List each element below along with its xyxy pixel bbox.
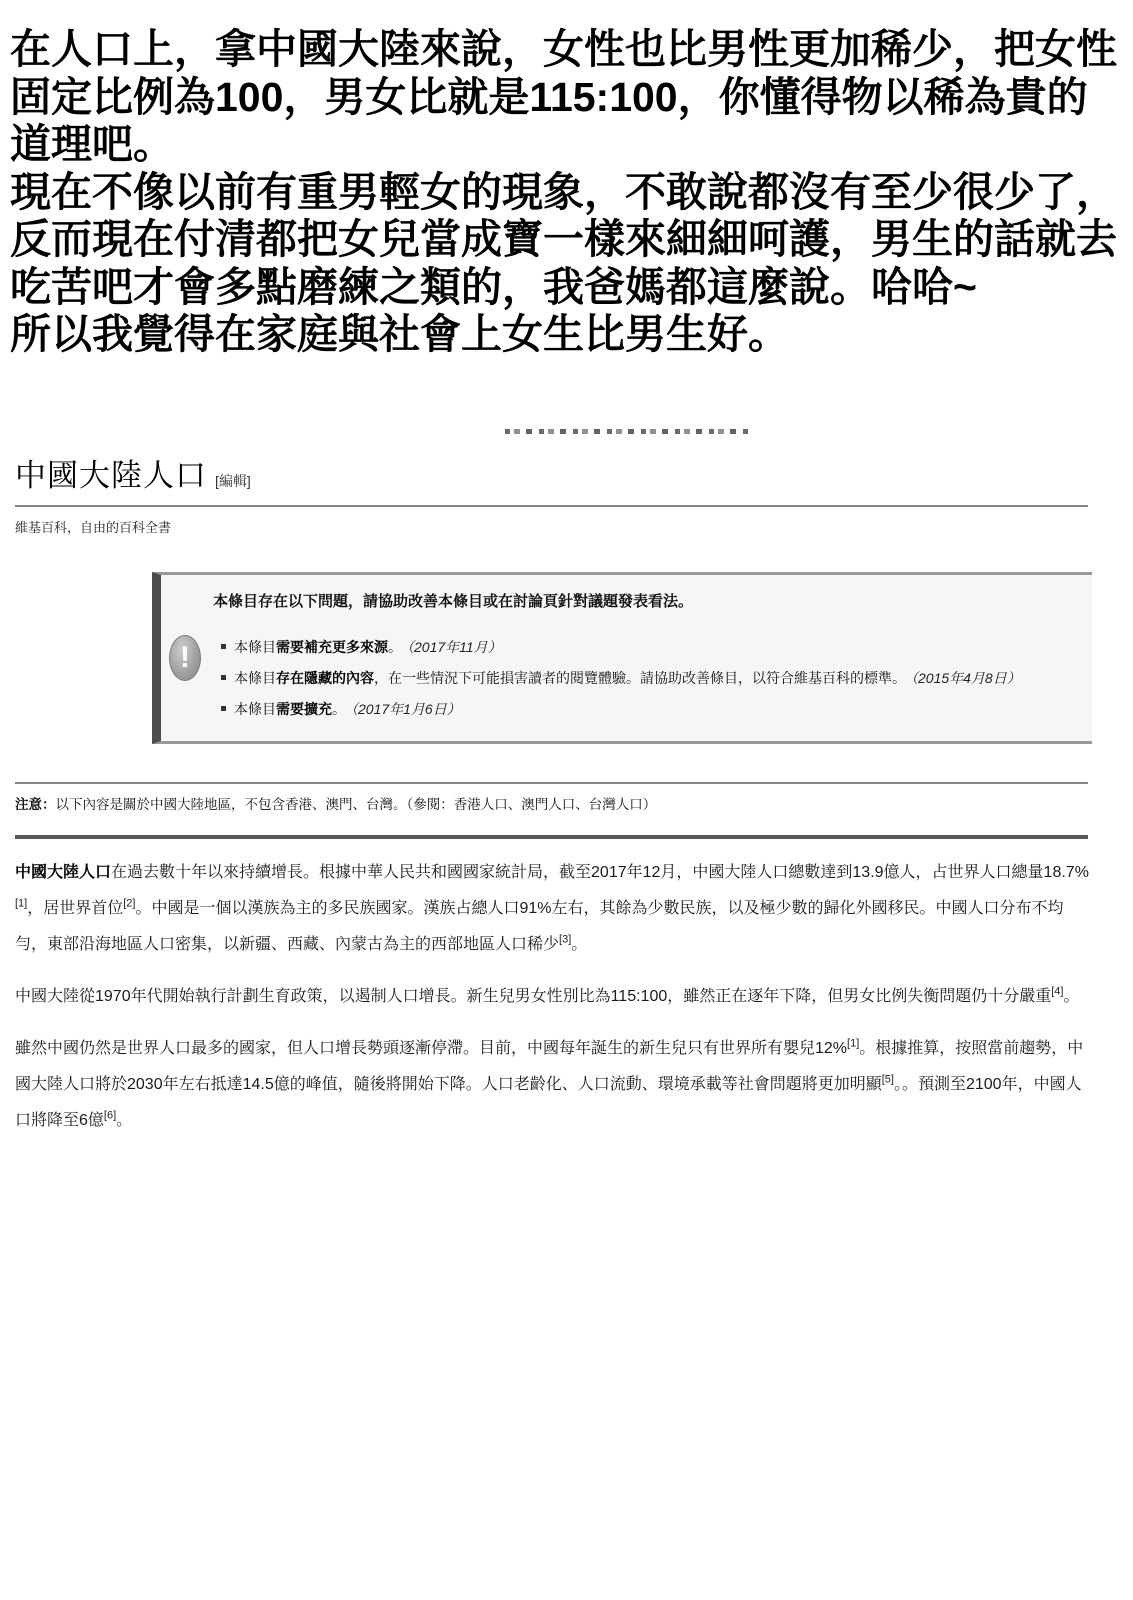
notice-divider-top xyxy=(15,782,1088,784)
commentary-line: 道理吧。 xyxy=(10,121,1133,169)
notice-text: 以下內容是關於中國大陸地區，不包含香港、澳門、台灣。（參閱：香港人口、澳門人口、… xyxy=(56,797,657,812)
wikipedia-article: 中國大陸人口[編輯] 維基百科，自由的百科全書 本條目存在以下問題，請協助改善本… xyxy=(0,446,1133,1154)
text-segment: 雖然中國仍然是世界人口最多的國家，但人口增長勢頭逐漸停滯。目前，中國每年誕生的新… xyxy=(15,1040,847,1057)
paragraph-growth-trend: 雖然中國仍然是世界人口最多的國家，但人口增長勢頭逐漸停滯。目前，中國每年誕生的新… xyxy=(15,1031,1089,1139)
commentary-text: 在人口上，拿中國大陸來說，女性也比男性更加稀少，把女性 固定比例為100，男女比… xyxy=(0,0,1133,359)
issue-bold: 存在隱藏的內容 xyxy=(276,670,374,686)
commentary-line: 反而現在付清都把女兒當成寶一樣來細細呵護，男生的話就去 xyxy=(10,216,1133,264)
citation-ref[interactable]: [4] xyxy=(1051,986,1063,998)
notice-divider-bottom xyxy=(15,835,1088,839)
exclamation-icon: ! xyxy=(169,635,201,681)
commentary-line: 現在不像以前有重男輕女的現象，不敢說都沒有至少很少了， xyxy=(10,169,1133,217)
cropped-text-fragment xyxy=(505,429,750,434)
paragraph-family-planning: 中國大陸從1970年代開始執行計劃生育政策，以遏制人口增長。新生兒男女性別比為1… xyxy=(15,979,1089,1015)
issue-date: （2017年1月6日） xyxy=(351,701,461,717)
issue-bold: 需要補充更多來源 xyxy=(276,639,388,655)
text-segment: 。中國是一個以漢族為主的多民族國家。漢族占總人口91%左右，其餘為少數民族，以及… xyxy=(15,900,1064,953)
issues-list: 本條目需要補充更多來源。（2017年11月） 本條目存在隱藏的內容，在一些情況下… xyxy=(215,627,1074,729)
citation-ref[interactable]: [5] xyxy=(882,1074,894,1086)
text-segment: 。 xyxy=(1063,988,1079,1005)
text-segment: 中國大陸人口 xyxy=(15,864,111,881)
issue-rest: ，在一些情況下可能損害讀者的閱覽體驗。請協助改善條目，以符合維基百科的標準。 xyxy=(374,670,906,686)
issue-prefix: 本條目 xyxy=(234,670,276,686)
text-segment: 。 xyxy=(116,1112,132,1129)
issue-bold: 需要擴充 xyxy=(276,701,332,717)
edit-link[interactable]: [編輯] xyxy=(215,473,251,489)
issue-item: 本條目需要補充更多來源。（2017年11月） xyxy=(221,636,1074,658)
issues-box: 本條目存在以下問題，請協助改善本條目或在討論頁針對議題發表看法。 ! 本條目需要… xyxy=(152,572,1092,744)
commentary-line: 在人口上，拿中國大陸來說，女性也比男性更加稀少，把女性 xyxy=(10,26,1133,74)
issue-prefix: 本條目 xyxy=(234,639,276,655)
article-title: 中國大陸人口[編輯] xyxy=(15,450,1088,495)
site-tagline: 維基百科，自由的百科全書 xyxy=(15,517,1088,536)
bullet-square-icon xyxy=(221,675,226,680)
commentary-line: 吃苦吧才會多點磨練之類的，我爸媽都這麼說。哈哈~ xyxy=(10,264,1133,312)
commentary-line: 固定比例為100，男女比就是115:100，你懂得物以稀為貴的 xyxy=(10,74,1133,122)
text-segment: 中國大陸從1970年代開始執行計劃生育政策，以遏制人口增長。新生兒男女性別比為1… xyxy=(15,988,1051,1005)
issues-header: 本條目存在以下問題，請協助改善本條目或在討論頁針對議題發表看法。 xyxy=(213,590,1074,611)
issue-date: （2015年4月8日） xyxy=(911,670,1021,686)
bullet-square-icon xyxy=(221,706,226,711)
issue-prefix: 本條目 xyxy=(234,701,276,717)
notice-label: 注意： xyxy=(15,797,56,812)
notice-hatnote: 注意：以下內容是關於中國大陸地區，不包含香港、澳門、台灣。（參閱：香港人口、澳門… xyxy=(15,793,1088,813)
issue-item: 本條目需要擴充。（2017年1月6日） xyxy=(221,698,1074,720)
issues-body: ! 本條目需要補充更多來源。（2017年11月） 本條目存在隱藏的內容，在一些情… xyxy=(161,627,1074,729)
issue-date: （2017年11月） xyxy=(407,639,502,655)
citation-ref[interactable]: [3] xyxy=(559,934,571,946)
text-segment: 在過去數十年以來持續增長。根據中華人民共和國國家統計局，截至2017年12月，中… xyxy=(111,864,1089,881)
issues-header-rest: ，請協助改善本條目或在討論頁針對議題發表看法。 xyxy=(348,593,693,610)
text-segment: 。 xyxy=(571,936,587,953)
article-title-text: 中國大陸人口 xyxy=(15,458,207,493)
issue-rest: 。 xyxy=(332,701,346,717)
citation-ref[interactable]: [2] xyxy=(123,898,135,910)
citation-ref[interactable]: [6] xyxy=(104,1110,116,1122)
bullet-square-icon xyxy=(221,644,226,649)
citation-ref[interactable]: [1] xyxy=(15,898,27,910)
paragraph-population-overview: 中國大陸人口在過去數十年以來持續增長。根據中華人民共和國國家統計局，截至2017… xyxy=(15,855,1089,963)
commentary-line: 所以我覺得在家庭與社會上女生比男生好。 xyxy=(10,311,1133,359)
issues-header-bold: 本條目存在以下問題 xyxy=(213,593,348,610)
text-segment: ，居世界首位 xyxy=(27,900,123,917)
issue-rest: 。 xyxy=(388,639,402,655)
citation-ref[interactable]: [1] xyxy=(847,1038,859,1050)
issue-item: 本條目存在隱藏的內容，在一些情況下可能損害讀者的閱覽體驗。請協助改善條目，以符合… xyxy=(221,667,1074,689)
title-divider xyxy=(15,505,1088,507)
